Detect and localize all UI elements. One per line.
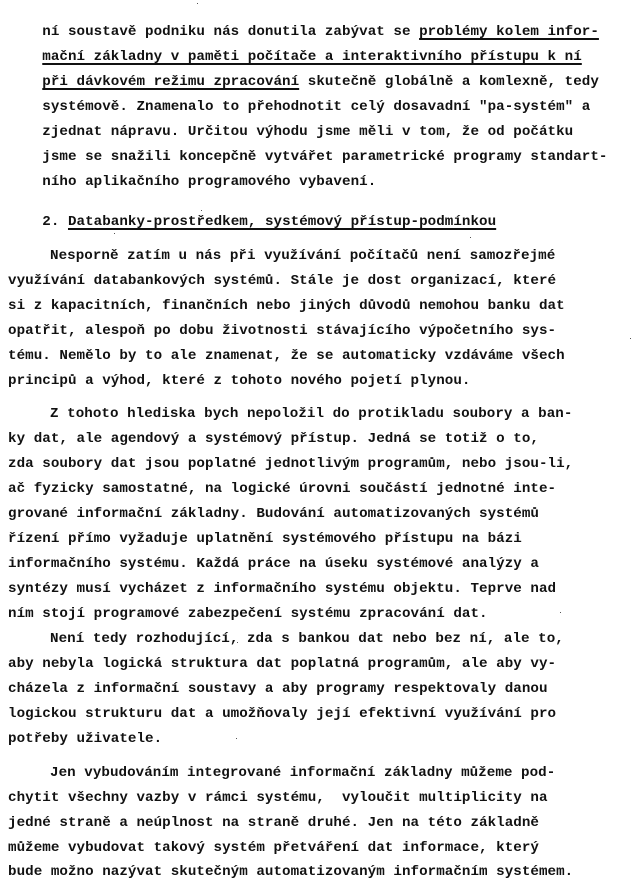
intro-line-5: zjednat nápravu. Určitou výhodu jsme měl… bbox=[8, 102, 573, 122]
section-heading: 2. Databanky-prostředkem, systémový přís… bbox=[8, 192, 496, 212]
paragraph-line: Není tedy rozhodující, zda s bankou dat … bbox=[50, 629, 564, 649]
intro-line-3: při dávkovém režimu zpracování skutečně … bbox=[8, 52, 599, 72]
scan-speck bbox=[630, 338, 631, 339]
paragraph-line: informačního systému. Každá práce na úse… bbox=[8, 554, 539, 574]
scan-speck bbox=[237, 642, 238, 643]
paragraph-line: řízení přímo vyžaduje uplatnění systémov… bbox=[8, 529, 522, 549]
paragraph-line: bude možno nazývat skutečným automatizov… bbox=[8, 862, 573, 882]
paragraph-line: opatřit, alespoň po dobu životnosti stáv… bbox=[8, 321, 556, 341]
scan-speck bbox=[236, 738, 237, 739]
paragraph-line: ky dat, ale agendový a systémový přístup… bbox=[8, 429, 539, 449]
section-title: Databanky-prostředkem, systémový přístup… bbox=[68, 214, 496, 230]
intro-line-4: systémově. Znamenalo to přehodnotit celý… bbox=[8, 77, 590, 97]
paragraph-line: Nesporně zatím u nás při využívání počít… bbox=[50, 246, 555, 266]
section-number: 2. bbox=[42, 214, 59, 230]
paragraph-line: syntézy musí vycházet z informačního sys… bbox=[8, 579, 556, 599]
text-run: ního aplikačního programového vybavení. bbox=[42, 174, 376, 190]
paragraph-line: Jen vybudováním integrované informační z… bbox=[50, 763, 555, 783]
intro-line-7: ního aplikačního programového vybavení. bbox=[8, 152, 376, 172]
paragraph-line: ním stojí programové zabezpečení systému… bbox=[8, 604, 488, 624]
intro-line-6: jsme se snažili koncepčně vytvářet param… bbox=[8, 127, 607, 147]
paragraph-line: Z tohoto hlediska bych nepoložil do prot… bbox=[50, 404, 572, 424]
paragraph-line: si z kapacitních, finančních nebo jiných… bbox=[8, 296, 565, 316]
paragraph-line: principů a výhod, které z tohoto nového … bbox=[8, 371, 470, 391]
scan-speck bbox=[197, 3, 198, 4]
paragraph-line: grované informační základny. Budování au… bbox=[8, 504, 539, 524]
paragraph-line: využívání databankových systémů. Stále j… bbox=[8, 271, 556, 291]
typewritten-page: ní soustavě podniku nás donutila zabývat… bbox=[0, 0, 638, 884]
paragraph-line: chytit všechny vazby v rámci systému, vy… bbox=[8, 788, 548, 808]
scan-speck bbox=[114, 233, 115, 234]
scan-speck bbox=[201, 210, 202, 211]
paragraph-line: zda soubory dat jsou poplatné jednotlivý… bbox=[8, 454, 573, 474]
paragraph-line: cházela z informační soustavy a aby prog… bbox=[8, 679, 548, 699]
paragraph-line: logickou strukturu dat a umožňovaly její… bbox=[8, 704, 556, 724]
paragraph-line: jedné straně a neúplnost na straně druhé… bbox=[8, 813, 539, 833]
scan-speck bbox=[470, 237, 471, 238]
scan-speck bbox=[560, 612, 561, 613]
intro-line-1: ní soustavě podniku nás donutila zabývat… bbox=[8, 2, 599, 22]
intro-line-2: mační základny v paměti počítače a inter… bbox=[8, 27, 582, 47]
paragraph-line: ač fyzicky samostatné, na logické úrovni… bbox=[8, 479, 556, 499]
paragraph-line: můžeme vybudovat takový systém přetvářen… bbox=[8, 838, 539, 858]
paragraph-line: aby nebyla logická struktura dat poplatn… bbox=[8, 654, 556, 674]
paragraph-line: tému. Nemělo by to ale znamenat, že se a… bbox=[8, 346, 565, 366]
paragraph-line: potřeby uživatele. bbox=[8, 729, 162, 749]
